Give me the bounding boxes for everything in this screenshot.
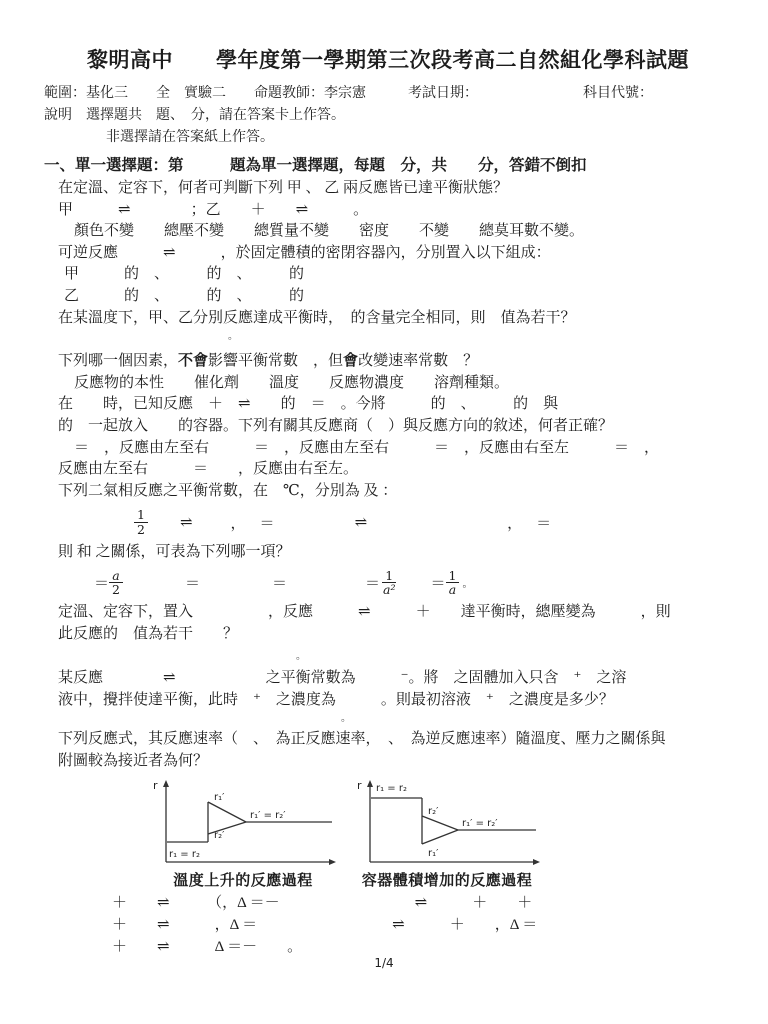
y-axis-arrow — [367, 780, 373, 787]
q5-equilibrium-line: 12 ⇌ ， ＝ ⇌ ， ＝ — [44, 502, 732, 542]
x-axis-arrow — [533, 859, 540, 865]
section-heading-rest: 第 題為單一選擇題，每題 分，共 分，答錯不倒扣 — [168, 157, 587, 174]
new-equilibrium-label: r₁′ = r₂′ — [250, 810, 286, 821]
q2-intro: 可逆反應 ⇌ ，於固定體積的密閉容器內，分別置入以下組成： — [44, 243, 732, 265]
equals-sign: ＝ — [536, 512, 551, 533]
fraction-denominator: 2 — [134, 523, 148, 537]
q3-question: 下列哪一個因素，不會影響平衡常數 ，但會改變速率常數 ？ — [44, 351, 732, 373]
temperature-rise-graph: r r₁ = r₂ r₁′ r₂′ r₁′ = r₂′ 溫度上升的反應過程 — [148, 776, 338, 890]
comma: ， — [507, 512, 522, 533]
forward-rate-label: r₁′ — [428, 848, 439, 859]
section-heading: 一、單一選擇題：第 題為單一選擇題，每題 分，共 分，答錯不倒扣 — [44, 154, 732, 178]
q3-text-3: 改變速率常數 ？ — [358, 353, 478, 369]
q3-options: 反應物的本性 催化劑 溫度 反應物濃度 溶劑種類。 — [44, 373, 732, 395]
q3-text-1: 下列哪一個因素， — [58, 353, 178, 369]
fraction-numerator: a — [109, 569, 122, 584]
equilibrium-arrow: ⇌ — [355, 513, 368, 532]
forward-rate-label: r₁′ — [214, 792, 225, 803]
equals-sign: ＝ — [430, 572, 445, 593]
rate-graphs: r r₁ = r₂ r₁′ r₂′ r₁′ = r₂′ 溫度上升的反應過程 r — [148, 776, 732, 890]
q4-line-4: 反應由左至右 ＝ ，反應由右至左。 — [44, 459, 732, 481]
q3-text-2: 影響平衡常數 ，但 — [208, 353, 343, 369]
instruction-line-1: 說明 選擇題共 題、 分，請在答案卡上作答。 — [44, 105, 732, 127]
fraction-one-half: 12 — [134, 508, 148, 537]
graph-caption-left: 溫度上升的反應過程 — [173, 869, 313, 890]
rate-vs-time-chart-left: r r₁ = r₂ r₁′ r₂′ r₁′ = r₂′ — [148, 776, 338, 868]
answer-row-1: ＋ ⇌ （，Δ ＝－ ⇌ ＋ ＋ — [44, 892, 732, 914]
q1-intro: 在定溫、定容下，何者可判斷下列 甲 、 乙 兩反應皆已達平衡狀態？ — [44, 178, 732, 200]
initial-equilibrium-label: r₁ = r₂ — [169, 849, 200, 860]
q6-line-1: 定溫、定容下，置入 ，反應 ⇌ ＋ 達平衡時，總壓變為 ，則 — [44, 602, 732, 624]
answer-row-2: ＋ ⇌ ，Δ ＝ ⇌ ＋ ，Δ ＝ — [44, 914, 732, 936]
x-axis-arrow — [329, 859, 336, 865]
fraction-1-over-a-squared: 1a² — [380, 569, 398, 598]
rate-vs-time-chart-right: r r₁ = r₂ r₂′ r₁′ r₁′ = r₂′ — [352, 776, 542, 868]
q4-line-1: 在 時，已知反應 ＋ ⇌ 的 ＝ 。今將 的 、 的 與 — [44, 394, 732, 416]
graph-caption-right: 容器體積增加的反應過程 — [362, 869, 533, 890]
q2-sentence-end: 。 — [44, 329, 732, 344]
fraction-denominator: a — [446, 583, 459, 597]
volume-increase-graph: r r₁ = r₂ r₂′ r₁′ r₁′ = r₂′ 容器體積增加的反應過程 — [352, 776, 542, 890]
equals-sign: ＝ — [94, 572, 109, 593]
y-axis-label: r — [357, 779, 362, 792]
q7-line-2: 液中，攪拌使達平衡，此時 ⁺ 之濃度為 。則最初溶液 ⁺ 之濃度是多少？ — [44, 690, 732, 712]
q7-line-1: 某反應 ⇌ 之平衡常數為 ⁻。將 之固體加入只含 ⁺ 之溶 — [44, 668, 732, 690]
q1-equation: 甲 ⇌ ；乙 ＋ ⇌ 。 — [44, 200, 732, 222]
equals-sign: ＝ — [185, 572, 200, 593]
comma: ， — [231, 512, 246, 533]
reverse-rate-line — [422, 816, 458, 830]
y-axis-label: r — [153, 779, 158, 792]
q2-question: 在某溫度下，甲、乙分別反應達成平衡時， 的含量完全相同，則 值為若干？ — [44, 308, 732, 330]
initial-equilibrium-label: r₁ = r₂ — [376, 783, 407, 794]
q6-line-2: 此反應的 值為若干 ？ — [44, 624, 732, 646]
equals-sign: ＝ — [365, 572, 380, 593]
exam-info-line: 範圍：基化三 全 實驗二 命題教師：李宗憲 考試日期： 科目代號： — [44, 83, 732, 105]
q2-composition-b: 乙 的 、 的 、 的 — [44, 286, 732, 308]
exam-page: 黎明高中 學年度第一學期第三次段考高二自然組化學科試題 範圍：基化三 全 實驗二… — [0, 0, 768, 1024]
y-axis-arrow — [163, 780, 169, 787]
page-number: 1/4 — [0, 956, 768, 970]
fraction-denominator: 2 — [109, 583, 123, 597]
q8-line-2: 附圖較為接近者為何？ — [44, 751, 732, 773]
fraction-1-over-a: 1a — [446, 569, 460, 598]
q6-sentence-end: 。 — [44, 649, 732, 664]
q4-line-3: ＝ ，反應由左至右 ＝ ，反應由左至右 ＝ ，反應由右至左 ＝ ， — [44, 438, 732, 460]
fraction-a-over-2: a2 — [109, 569, 123, 598]
section-heading-label: 一、單一選擇題： — [44, 157, 168, 174]
fraction-denominator: a² — [380, 583, 398, 597]
q7-sentence-end: 。 — [44, 711, 732, 726]
q8-line-1: 下列反應式，其反應速率（ 、 為正反應速率， 、 為逆反應速率）隨溫度、壓力之關… — [44, 729, 732, 751]
sentence-end: 。 — [462, 575, 472, 590]
reverse-rate-label: r₂′ — [428, 806, 439, 817]
fraction-numerator: 1 — [446, 569, 460, 584]
q3-bold-2: 會 — [343, 353, 358, 369]
q4-line-2: 的 一起放入 的容器。下列有關其反應商（ ）與反應方向的敘述，何者正確？ — [44, 416, 732, 438]
q5-answer-choices-line: ＝ a2 ＝ ＝ ＝ 1a² ＝ 1a 。 — [44, 564, 732, 602]
forward-rate-line — [422, 830, 458, 844]
q1-options: 顏色不變 總壓不變 總質量不變 密度 不變 總莫耳數不變。 — [44, 221, 732, 243]
q2-composition-a: 甲 的 、 的 、 的 — [44, 264, 732, 286]
equilibrium-arrow: ⇌ — [180, 513, 193, 532]
q5-intro: 下列二氣相反應之平衡常數，在 ℃，分別為 及 ： — [44, 481, 732, 503]
instruction-line-2: 非選擇請在答案紙上作答。 — [44, 127, 732, 149]
q5-relation-question: 則 和 之關係，可表為下列哪一項？ — [44, 542, 732, 564]
fraction-numerator: 1 — [134, 508, 148, 523]
forward-rate-line — [208, 802, 246, 822]
fraction-numerator: 1 — [382, 569, 396, 584]
new-equilibrium-label: r₁′ = r₂′ — [462, 818, 498, 829]
equals-sign: ＝ — [260, 512, 275, 533]
equals-sign: ＝ — [272, 572, 287, 593]
exam-title: 黎明高中 學年度第一學期第三次段考高二自然組化學科試題 — [44, 44, 732, 74]
reverse-rate-label: r₂′ — [214, 830, 225, 841]
q3-bold-1: 不會 — [178, 353, 208, 369]
